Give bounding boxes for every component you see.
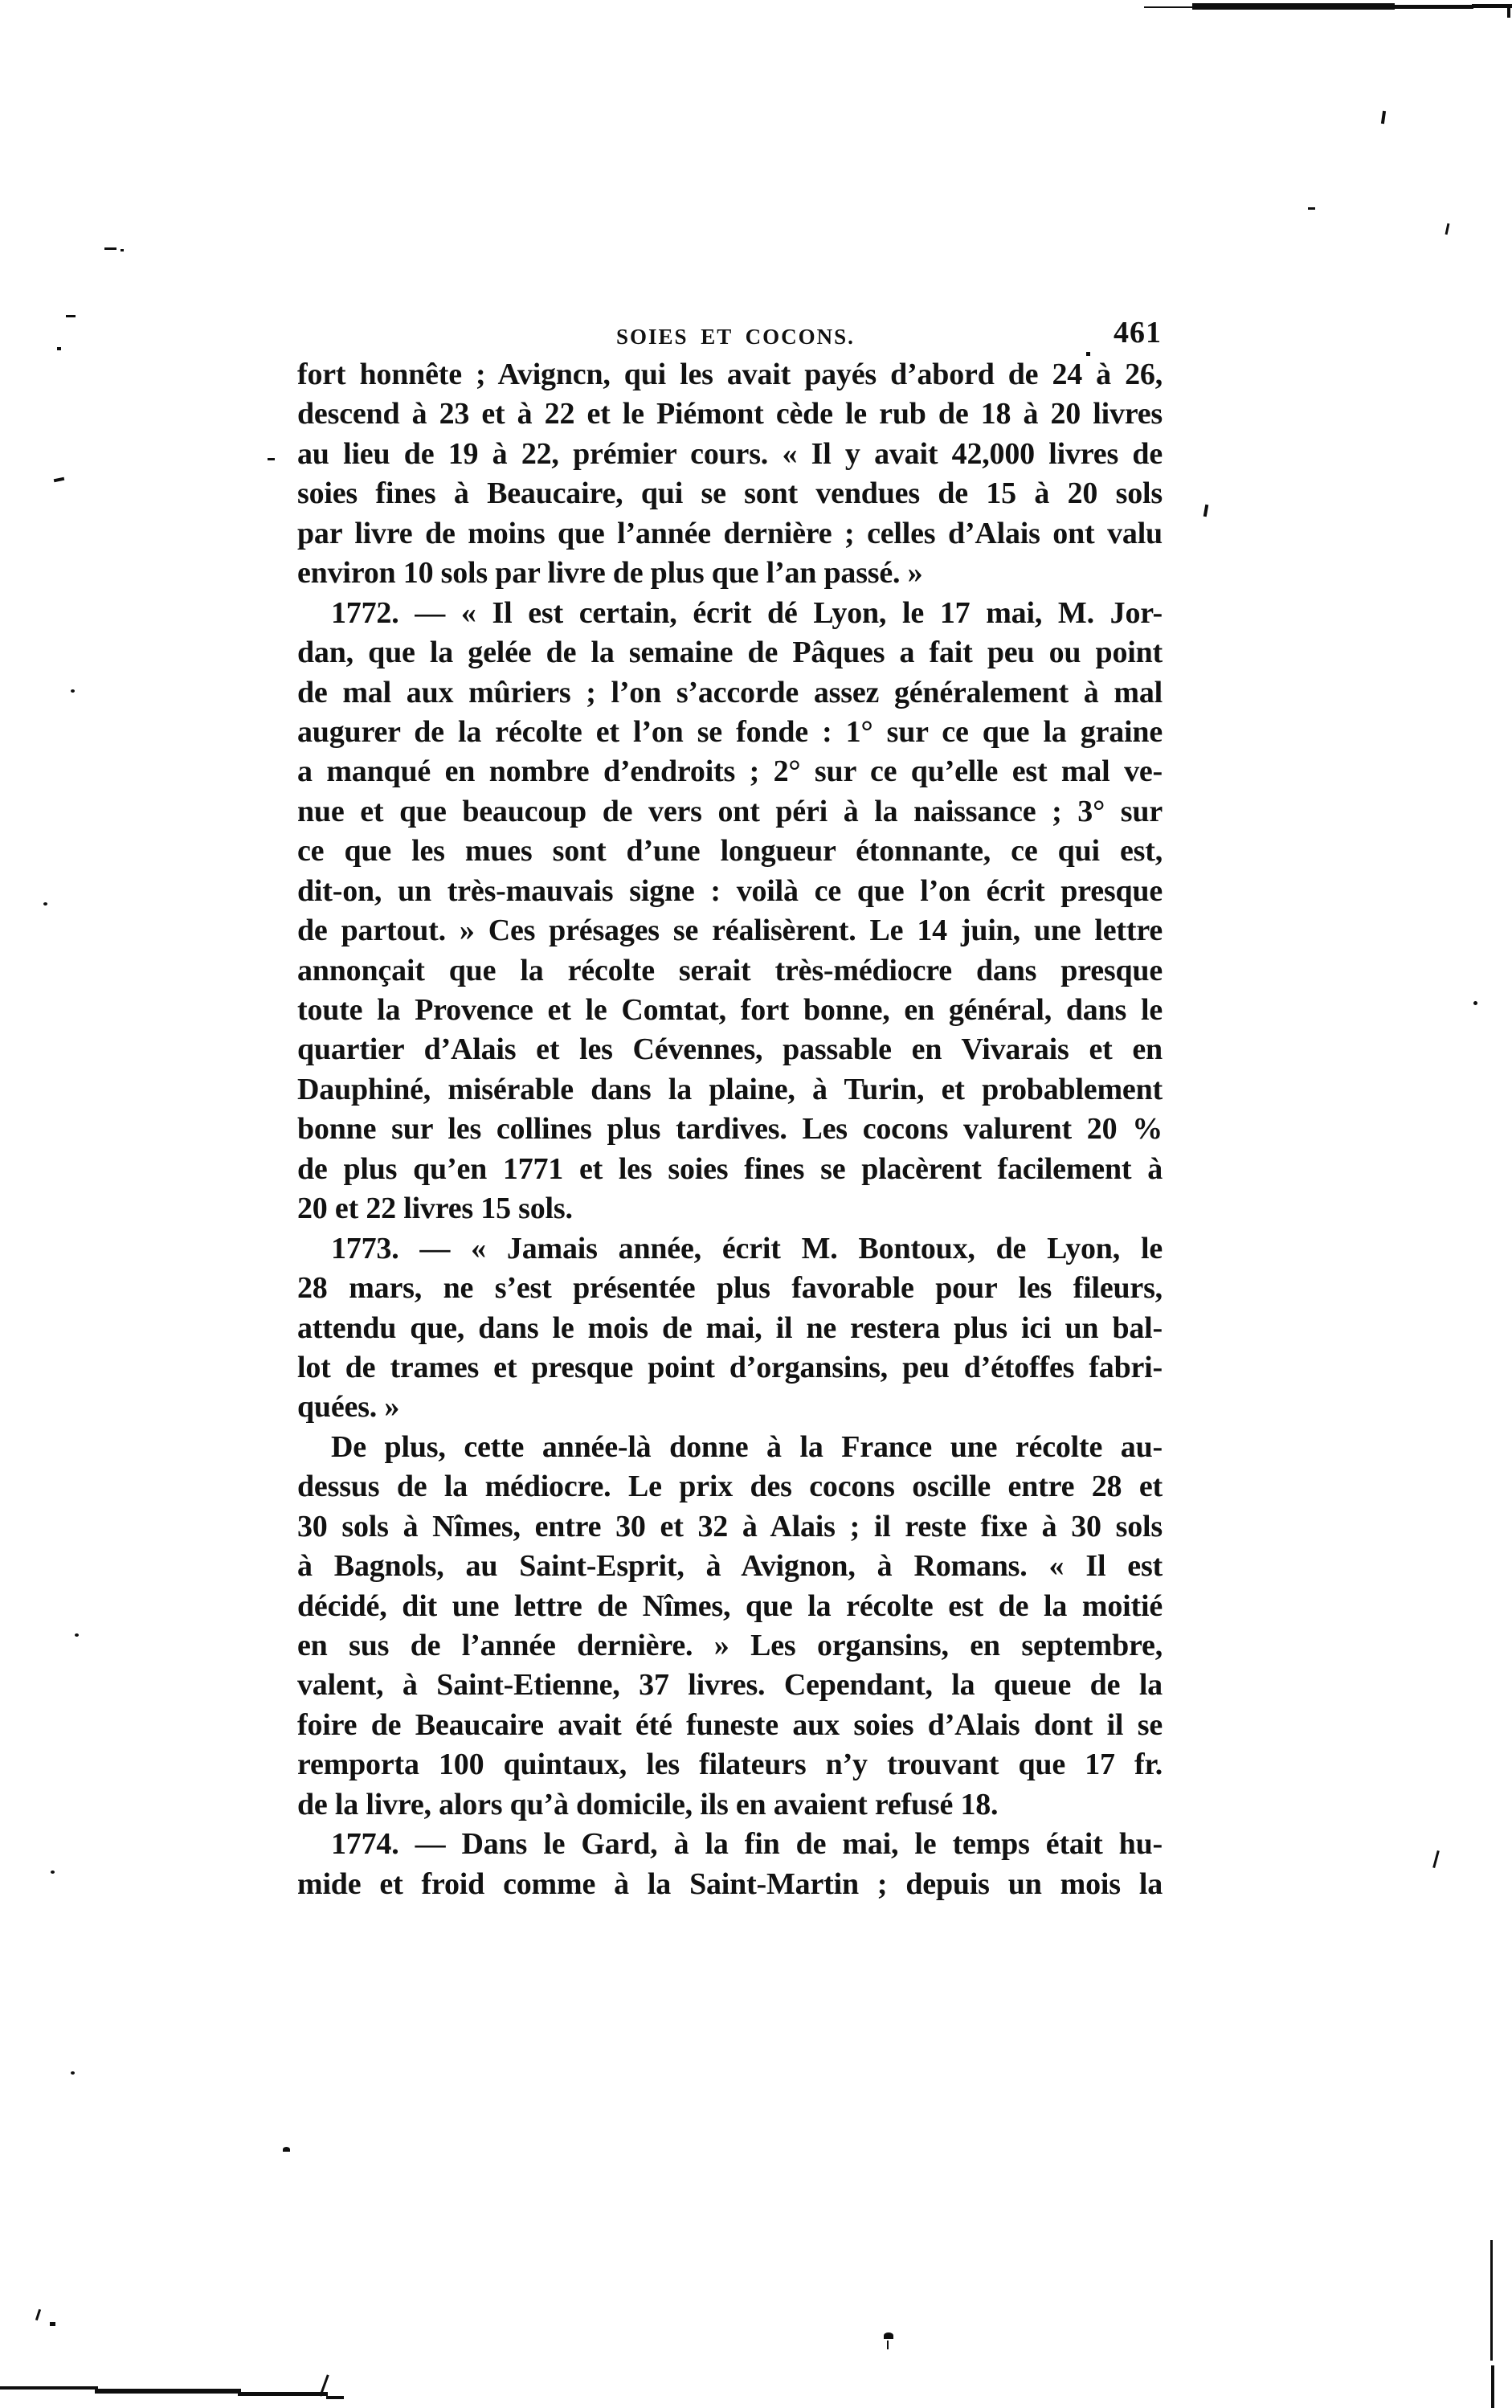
text-line: de la livre, alors qu’à domicile, ils en…: [297, 1785, 1163, 1825]
text-line: bonne sur les collines plus tardives. Le…: [297, 1110, 1163, 1149]
text-line: décidé, dit une lettre de Nîmes, que la …: [297, 1587, 1163, 1626]
text-line: descend à 23 et à 22 et le Piémont cède …: [297, 395, 1163, 434]
text-line: mide et froid comme à la Saint-Martin ; …: [297, 1865, 1163, 1904]
text-line: de plus qu’en 1771 et les soies fines se…: [297, 1150, 1163, 1189]
text-line: De plus, cette année-là donne à la Franc…: [297, 1428, 1163, 1467]
text-line: de mal aux mûriers ; l’on s’accorde asse…: [297, 673, 1163, 713]
text-line: à Bagnols, au Saint-Esprit, à Avignon, à…: [297, 1547, 1163, 1586]
text-line: au lieu de 19 à 22, prémier cours. « Il …: [297, 435, 1163, 474]
text-line: soies fines à Beaucaire, qui se sont ven…: [297, 474, 1163, 513]
text-line: de partout. » Ces présages se réalisèren…: [297, 911, 1163, 951]
text-line: ce que les mues sont d’une longueur éton…: [297, 832, 1163, 871]
text-line: quées. »: [297, 1388, 1163, 1427]
page-number: 461: [1114, 315, 1162, 350]
text-line: 28 mars, ne s’est présentée plus favorab…: [297, 1269, 1163, 1308]
text-line: Dauphiné, misérable dans la plaine, à Tu…: [297, 1070, 1163, 1110]
scanned-book-page: SOIES ET COCONS. 461 fort honnête ; Avig…: [0, 0, 1512, 2408]
text-line: dan, que la gelée de la semaine de Pâque…: [297, 633, 1163, 673]
text-line: 30 sols à Nîmes, entre 30 et 32 à Alais …: [297, 1507, 1163, 1547]
text-line: environ 10 sols par livre de plus que l’…: [297, 554, 1163, 593]
text-line: valent, à Saint-Etienne, 37 livres. Cepe…: [297, 1666, 1163, 1705]
text-line: quartier d’Alais et les Cévennes, passab…: [297, 1030, 1163, 1069]
text-line: a manqué en nombre d’endroits ; 2° sur c…: [297, 752, 1163, 791]
text-line: dessus de la médiocre. Le prix des cocon…: [297, 1467, 1163, 1507]
text-line: fort honnête ; Avigncn, qui les avait pa…: [297, 355, 1163, 395]
text-line: lot de trames et presque point d’organsi…: [297, 1348, 1163, 1388]
text-line: 1773. — « Jamais année, écrit M. Bontoux…: [297, 1229, 1163, 1269]
text-line: augurer de la récolte et l’on se fonde :…: [297, 713, 1163, 752]
text-line: dit-on, un très-mauvais signe : voilà ce…: [297, 872, 1163, 911]
text-line: attendu que, dans le mois de mai, il ne …: [297, 1309, 1163, 1348]
text-line: nue et que beaucoup de vers ont péri à l…: [297, 792, 1163, 832]
body-text-block: fort honnête ; Avigncn, qui les avait pa…: [297, 355, 1163, 1904]
text-line: 20 et 22 livres 15 sols.: [297, 1189, 1163, 1229]
running-title: SOIES ET COCONS.: [616, 325, 855, 350]
text-line: toute la Provence et le Comtat, fort bon…: [297, 991, 1163, 1030]
text-line: remporta 100 quintaux, les filateurs n’y…: [297, 1745, 1163, 1785]
text-line: 1774. — Dans le Gard, à la fin de mai, l…: [297, 1825, 1163, 1864]
text-line: par livre de moins que l’année dernière …: [297, 514, 1163, 554]
text-line: annonçait que la récolte serait très-méd…: [297, 951, 1163, 991]
text-line: foire de Beaucaire avait été funeste aux…: [297, 1706, 1163, 1745]
text-line: 1772. — « Il est certain, écrit dé Lyon,…: [297, 594, 1163, 633]
text-line: en sus de l’année dernière. » Les organs…: [297, 1626, 1163, 1666]
